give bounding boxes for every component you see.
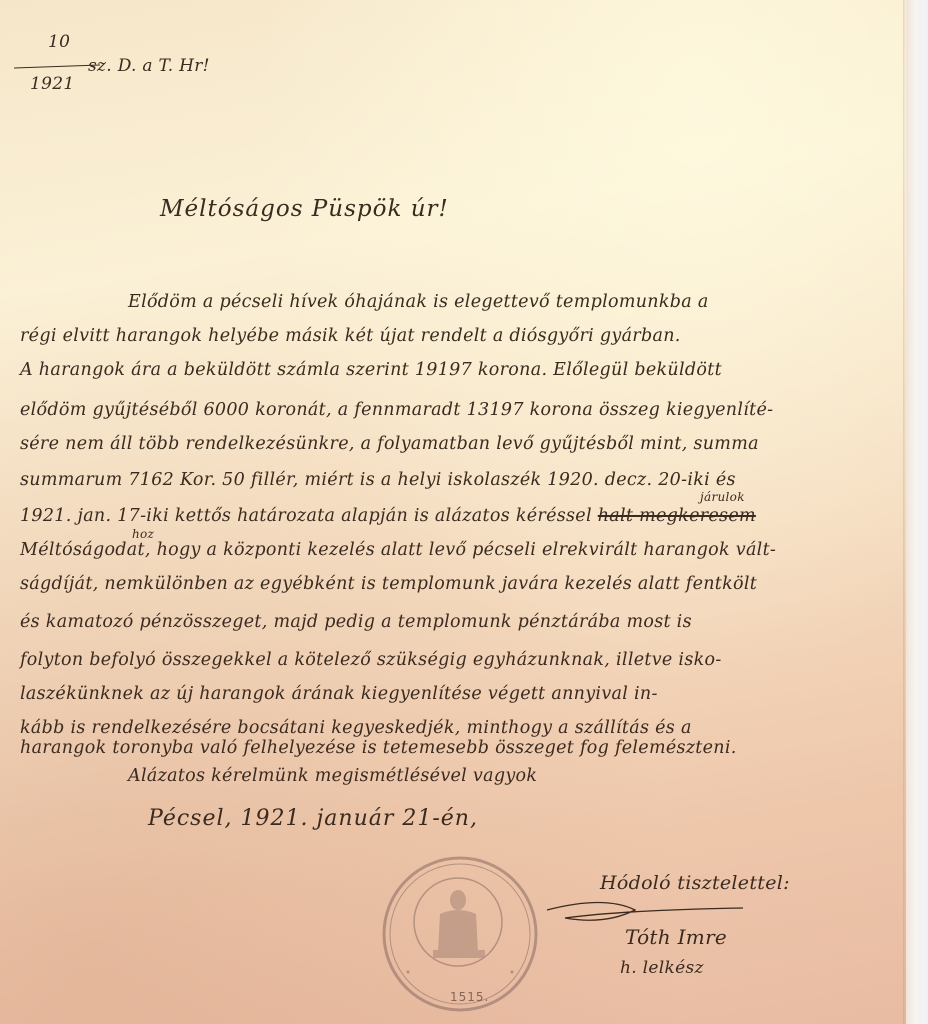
body-line-3: A harangok ára a beküldött számla szerin… bbox=[20, 360, 722, 380]
salutation: Méltóságos Püspök úr! bbox=[160, 196, 449, 222]
body-line-8: Méltóságodat, hogy a központi kezelés al… bbox=[20, 540, 776, 560]
body-line-6: summarum 7162 Kor. 50 fillér, miért is a… bbox=[20, 470, 736, 490]
place-date: Pécsel, 1921. január 21-én, bbox=[148, 806, 478, 831]
valediction: Hódoló tisztelettel: bbox=[600, 872, 790, 894]
body-line-10: és kamatozó pénzösszeget, majd pedig a t… bbox=[20, 612, 692, 632]
reference-year: 1921 bbox=[30, 74, 74, 94]
struck-text: halt megkeresem bbox=[598, 506, 756, 526]
signature-name: Tóth Imre bbox=[625, 925, 727, 949]
inserted-text: járulok bbox=[700, 490, 745, 504]
body-line-5: sére nem áll több rendelkezésünkre, a fo… bbox=[20, 434, 759, 454]
body-line-13: kább is rendelkezésére bocsátani kegyesk… bbox=[20, 718, 692, 738]
reference-number: 10 bbox=[48, 32, 70, 52]
body-line-14: harangok toronyba való felhelyezése is t… bbox=[20, 738, 737, 758]
stamp-year: 1515. bbox=[450, 990, 489, 1004]
reference-annotation: sz. D. a T. Hr! bbox=[88, 56, 210, 76]
body-line-1: Elődöm a pécseli hívek óhajának is elege… bbox=[128, 292, 709, 312]
body-line-11: folyton befolyó összegekkel a kötelező s… bbox=[20, 650, 722, 670]
body-line-7-text: 1921. jan. 17-iki kettős határozata alap… bbox=[20, 506, 592, 526]
closing-line: Alázatos kérelmünk megismétlésével vagyo… bbox=[128, 766, 537, 786]
page-edge bbox=[906, 0, 928, 1024]
inserted-suffix: hoz bbox=[132, 527, 154, 541]
body-line-7: 1921. jan. 17-iki kettős határozata alap… bbox=[20, 506, 756, 526]
body-line-2: régi elvitt harangok helyébe másik két ú… bbox=[20, 326, 681, 346]
body-line-4: elődöm gyűjtéséből 6000 koronát, a fennm… bbox=[20, 400, 773, 420]
body-line-12: laszékünknek az új harangok árának kiegy… bbox=[20, 684, 658, 704]
signature-title: h. lelkész bbox=[620, 958, 704, 978]
body-line-9: ságdíját, nemkülönben az egyébként is te… bbox=[20, 574, 757, 594]
